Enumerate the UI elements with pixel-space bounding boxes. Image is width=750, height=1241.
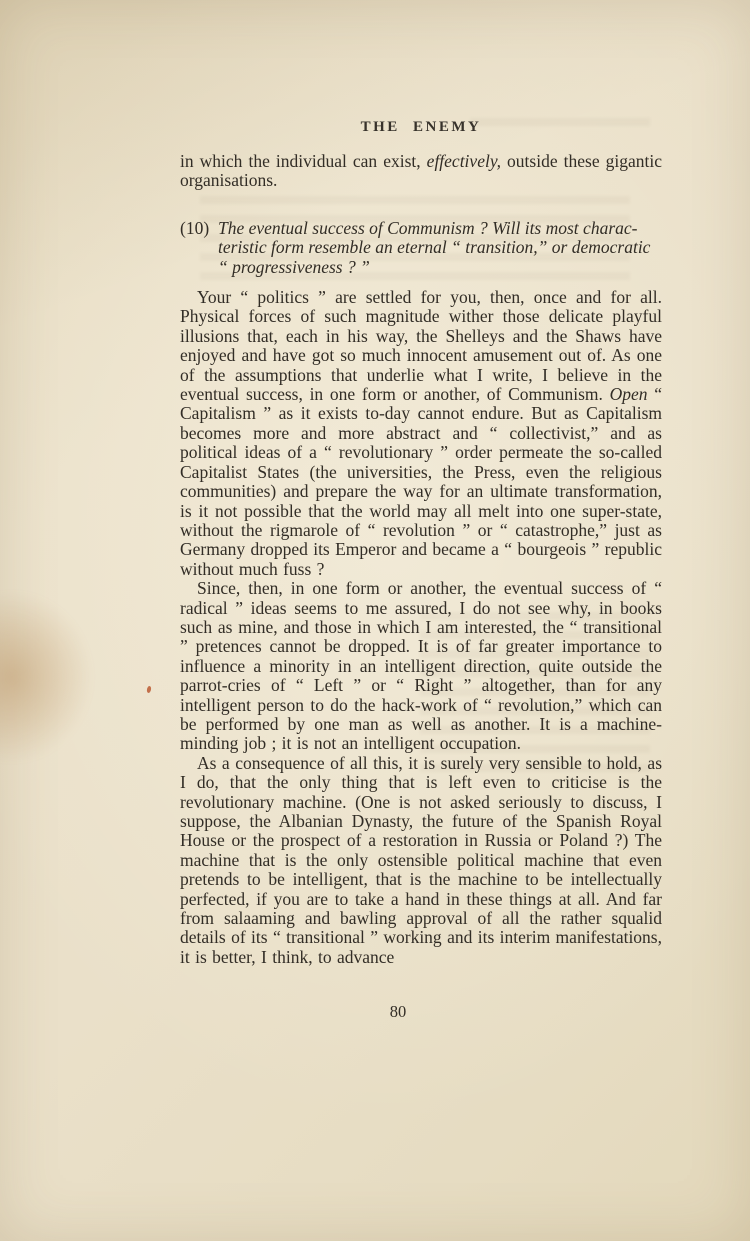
paragraph-consequence: As a consequence of all this, it is sure… xyxy=(180,754,662,967)
section-number: (10) xyxy=(180,219,209,238)
paragraph-communism: Your “ politics ” are settled for you, t… xyxy=(180,288,662,579)
italic-word-effectively: effectively, xyxy=(427,151,501,171)
paragraph-radical: Since, then, in one form or another, the… xyxy=(180,579,662,754)
italic-word-open: Open xyxy=(610,384,648,404)
book-page-scan: THE ENEMY in which the individual can ex… xyxy=(0,0,750,1241)
paper-stain xyxy=(0,592,92,762)
heading-line-3: “ progressiveness ? ” xyxy=(218,258,662,277)
page-number: 80 xyxy=(157,1002,639,1022)
heading-line-1: The eventual success of Communism ? Will… xyxy=(218,219,662,238)
continuation-paragraph: in which the individual can exist, effec… xyxy=(180,152,662,191)
communism-text-after: “ Capitalism ” as it exists to-day canno… xyxy=(180,384,662,579)
text-column: in which the individual can exist, effec… xyxy=(180,152,662,967)
communism-text-before: Your “ politics ” are settled for you, t… xyxy=(180,287,662,404)
continuation-text-before: in which the individual can exist, xyxy=(180,151,427,171)
heading-line-2: teristic form resemble an eternal “ tran… xyxy=(218,238,662,257)
section-heading: (10) The eventual success of Communism ?… xyxy=(180,219,662,277)
red-ink-speck xyxy=(146,686,151,694)
running-header: THE ENEMY xyxy=(180,119,662,136)
